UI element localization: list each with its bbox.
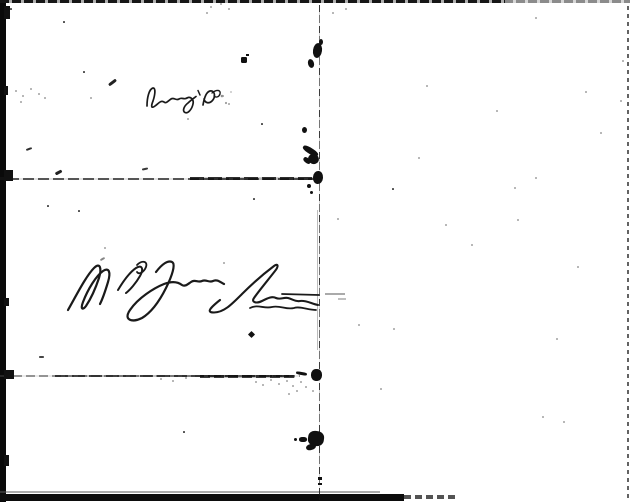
- ink-blot: [39, 356, 44, 358]
- ink-blot: [108, 79, 117, 87]
- ink-blot: [294, 438, 297, 441]
- ink-blot: [90, 97, 92, 99]
- ink-blot: [10, 8, 12, 10]
- ink-blot: [183, 431, 185, 433]
- ink-blot: [26, 147, 32, 151]
- ink-blot: [63, 21, 65, 23]
- ink-blot: [270, 379, 272, 381]
- ink-blot: [471, 244, 473, 246]
- ink-blot: [83, 71, 85, 73]
- ink-blot: [622, 60, 624, 62]
- ink-blot: [104, 247, 106, 249]
- ink-blot: [299, 437, 307, 442]
- ink-blot: [620, 100, 622, 102]
- ink-blot: [241, 57, 247, 63]
- ink-blot: [535, 17, 537, 19]
- ink-blot: [22, 95, 24, 97]
- ink-blot: [345, 8, 347, 10]
- ink-blot: [47, 205, 49, 207]
- ink-blot: [312, 171, 323, 185]
- ink-blot: [228, 103, 230, 105]
- ink-blot: [418, 157, 420, 159]
- ink-blot: [496, 110, 498, 112]
- ink-blot: [542, 416, 544, 418]
- ink-blot: [185, 377, 187, 379]
- ink-blot: [172, 380, 174, 382]
- ink-blot: [278, 383, 280, 385]
- ink-blot: [255, 381, 257, 383]
- ink-blot: [210, 6, 212, 8]
- ink-blot: [392, 188, 394, 190]
- ink-blot: [426, 85, 428, 87]
- ink-blot: [38, 93, 40, 95]
- ink-blot: [292, 385, 294, 387]
- ink-blot: [220, 3, 222, 5]
- ink-blot: [445, 224, 447, 226]
- ink-blot: [393, 328, 395, 330]
- ink-blot: [358, 324, 360, 326]
- ink-blot: [577, 266, 579, 268]
- ink-blot: [4, 86, 8, 95]
- ink-blot: [160, 378, 162, 380]
- ink-blot: [253, 198, 255, 200]
- ink-blot: [15, 90, 17, 92]
- ink-blot: [307, 58, 315, 68]
- ink-blot: [30, 88, 32, 90]
- ink-blot: [311, 369, 322, 381]
- ink-blot: [248, 331, 255, 338]
- ink-blot: [514, 187, 516, 189]
- ink-blot: [319, 39, 323, 45]
- ink-blot: [246, 54, 249, 56]
- ink-blot: [262, 384, 264, 386]
- ink-blot: [312, 390, 314, 392]
- ink-blot: [223, 262, 225, 264]
- ink-blot: [318, 477, 322, 480]
- ink-blot: [332, 12, 334, 14]
- ink-blot: [261, 123, 263, 125]
- ink-blot: [296, 371, 307, 376]
- ink-blot: [288, 393, 290, 395]
- ink-blot: [318, 483, 322, 485]
- scanned-letter-page: Henry Mrs Jane Solomon: [0, 0, 630, 502]
- ink-blot: [296, 390, 298, 392]
- ink-blot: [337, 218, 339, 220]
- ink-blot: [556, 338, 558, 340]
- ink-blot: [4, 170, 13, 181]
- ink-blot: [44, 97, 46, 99]
- ink-blot: [55, 170, 62, 175]
- ink-blot: [286, 380, 288, 382]
- ink-blot: [600, 132, 602, 134]
- ink-blot: [305, 386, 307, 388]
- ink-blot: [20, 101, 22, 103]
- ink-blot: [310, 191, 313, 194]
- ink-blot: [4, 455, 9, 466]
- ink-blot: [380, 388, 382, 390]
- ink-blot: [4, 370, 14, 379]
- ink-blot: [305, 443, 316, 451]
- ink-blot: [142, 167, 148, 170]
- ink-blot: [206, 12, 208, 14]
- ink-blot: [187, 118, 189, 120]
- ink-blot: [300, 381, 302, 383]
- ink-blot: [4, 298, 9, 306]
- ink-blot: [563, 421, 565, 423]
- ink-blot: [307, 184, 311, 188]
- ink-blot: [585, 91, 587, 93]
- ink-blot: [222, 95, 224, 97]
- ink-blot: [535, 177, 537, 179]
- ink-blot: [302, 127, 307, 133]
- ink-blot: [100, 257, 105, 261]
- ink-blot: [78, 210, 80, 212]
- ink-specks-layer: [0, 0, 630, 502]
- ink-blot: [228, 8, 230, 10]
- ink-blot: [517, 219, 519, 221]
